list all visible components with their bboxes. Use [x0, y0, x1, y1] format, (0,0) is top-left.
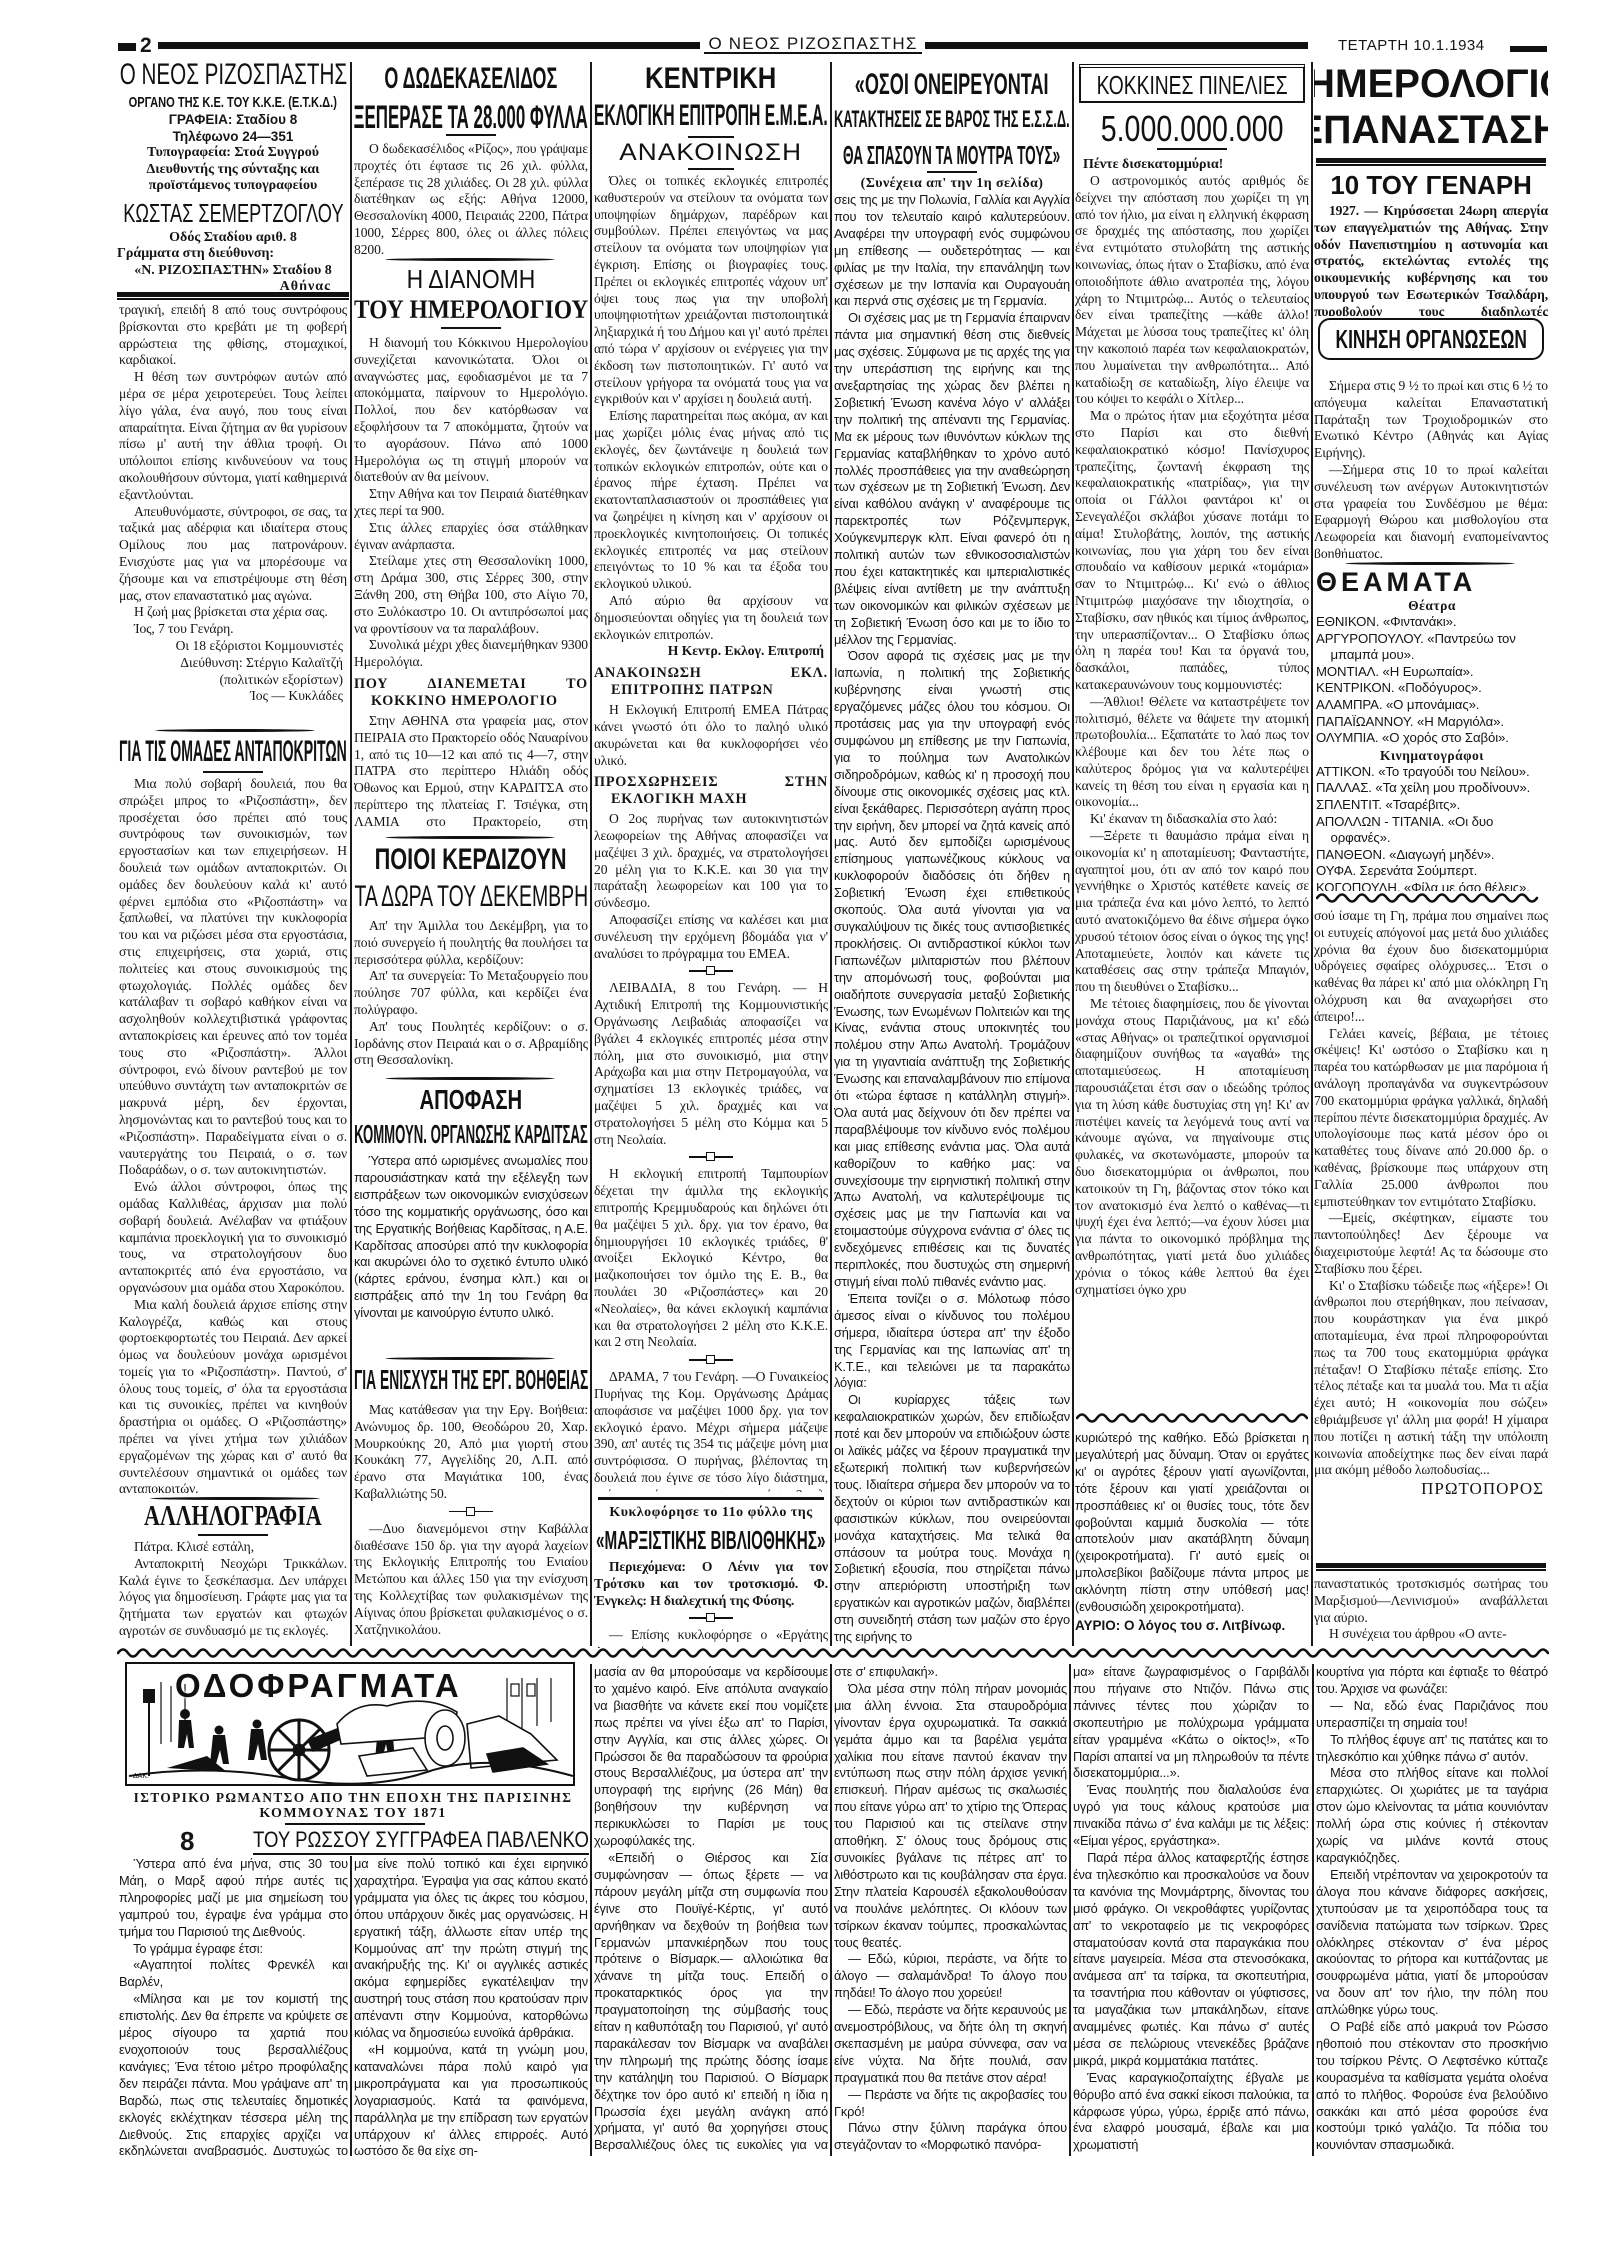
paragraph: Η θέση των συντρόφων αυτών από μέρα σε μ…: [119, 369, 347, 503]
section-wavy-separator: [117, 1646, 1549, 1660]
masthead-title: Ο ΝΕΟΣ ΡΙΖΟΣΠΑΣΤΗΣ: [119, 60, 346, 90]
paragraph: Ο Ραβέ είδε από μακρυά τον Ρώσσο ηθοποιό…: [1316, 2019, 1548, 2154]
article-body: μα» είτανε ζωγραφισμένος ο Γαριβάλδι που…: [1073, 1664, 1309, 2154]
masthead-phone: Τηλέφωνο 24—351: [117, 129, 349, 146]
masthead-director-label: Διευθυντής της σύνταξης και προϊστάμενος…: [117, 162, 349, 195]
signature-line: (πολιτικών εξορίστων): [119, 672, 347, 689]
article-body: παναστατικός τροτσκισμός σωτήρας του Μαρ…: [1314, 1576, 1548, 1643]
article-body: Μια πολύ σοβαρή δουλειά, που θα σπρώξει …: [119, 776, 347, 1493]
serial-illustration: ΔΑΚ. ΟΔΟΦΡΑΓΜΑΤΑ: [125, 1662, 575, 1786]
committee-headline-1: ΚΕΝΤΡΙΚΗ: [645, 64, 776, 94]
masthead-rule: [117, 292, 349, 298]
serial-column-4: στε σ' επιφυλακή».Όλα μέσα στην πόλη πήρ…: [834, 1664, 1067, 2156]
paragraph: Πάτρα. Κλισέ εστάλη,: [119, 1539, 347, 1556]
cinemas-label: Κινηματογράφοι: [1316, 747, 1548, 764]
separator-rule: [385, 258, 555, 261]
paragraph: στε σ' επιφυλακή».: [834, 1664, 1067, 1681]
to-be-continued: (Αύριο η συνέχεια): [1316, 2154, 1548, 2156]
cinema-listing: ΚΟΓΟΠΟΥΛΗ. «Φίλα με όσο θέλεις».: [1316, 880, 1548, 891]
signature-line: Οι 18 εξόριστοι Κομμουνιστές: [119, 638, 347, 655]
paragraph: κυριώτερό της καθήκο. Εδώ βρίσκεται η με…: [1075, 1430, 1309, 1616]
calendar-title-1: ΗΜΕΡΟΛΟΓΙΟ: [1314, 64, 1548, 104]
column-rule: [830, 62, 832, 1646]
calendar-title-row-1: ΤΟ ΗΜΕΡΟΛΟΓΙΟ: [1314, 64, 1548, 104]
paragraph: Σήμερα στις 9 ½ το πρωί και στις 6 ½ το …: [1314, 378, 1548, 462]
election-committee-column: ΚΕΝΤΡΙΚΗ ΕΚΛΟΓΙΚΗ ΕΠΙΤΡΟΠΗ Ε.Μ.Ε.Α. ΑΝΑΚ…: [594, 64, 828, 1492]
paragraph: Κι' ο Σταβίσκυ τώδειξε πως «ήξερε»! Οι ά…: [1314, 1278, 1548, 1480]
separator-rule: [598, 1497, 824, 1500]
column-rule: [1069, 1664, 1071, 2156]
paragraph: —Άθλιοι! Θέλετε να καταστρέψετε τον πολι…: [1075, 694, 1309, 812]
marxist-library-notice: Κυκλοφόρησε το 11ο φύλλο της «ΜΑΡΞΙΣΤΙΚΗ…: [594, 1504, 828, 1648]
library-headline: «ΜΑΡΞΙΣΤΙΚΗΣ ΒΙΒΛΙΟΘΗΚΗΣ»: [596, 1527, 825, 1553]
paragraph: Παρά πέρα άλλος καταφερτζής έστησε ένα τ…: [1073, 1850, 1309, 2070]
correspondents-article: ΓΙΑ ΤΙΣ ΟΜΑΔΕΣ ΑΝΤΑΠΟΚΡΙΤΩΝ Μια πολύ σοβ…: [119, 737, 347, 1493]
cinema-listing: ΑΤΤΙΚΟΝ. «Το τραγούδι του Νείλου».: [1316, 764, 1548, 781]
red-brushstrokes-continuation: σού ίσαμε τη Γη, πράμα που σημαίνει πως …: [1314, 908, 1548, 1560]
red-brushstrokes-box: ΚΟΚΚΙΝΕΣ ΠΙΝΕΛΙΕΣ: [1079, 64, 1305, 103]
calendar-headline-1: Η ΔΙΑΝΟΜΗ: [407, 266, 536, 292]
running-title: Ο ΝΕΟΣ ΡΙΖΟΣΠΑΣΤΗΣ: [704, 35, 922, 54]
paragraph: «Μίλησα και με τον κομιστή της επιστολής…: [119, 1991, 348, 2156]
masthead-letters-label: Γράμματα στη διεύθυνση:: [117, 246, 349, 263]
separator-rule: [1316, 1563, 1546, 1569]
column-rule: [350, 1856, 352, 2156]
cinema-listing: ΑΠΟΛΛΩΝ - ΤΙΤΑΝΙΑ. «Οι δυο ορφανές».: [1316, 814, 1548, 847]
paragraph: Μια πολύ σοβαρή δουλειά, που θα σπρώξει …: [119, 776, 347, 1179]
article-body: μα είνε πολύ τοπικό και έχει ειρηνικό χα…: [354, 1856, 588, 2156]
paragraph: μα είνε πολύ τοπικό και έχει ειρηνικό χα…: [354, 1856, 588, 2042]
paragraph: Ένας καραγκιοζοπαίχτης έβγαλε με θόρυβο …: [1073, 2070, 1309, 2155]
theatre-listing: ΠΑΠΑΪΩΑΝΝΟΥ. «Η Μαργιόλα».: [1316, 714, 1548, 731]
paragraph: — Να, εδώ ένας Παριζιάνος που υπερασπίζε…: [1316, 1698, 1548, 1732]
headline-underline: [688, 168, 734, 170]
theatre-listing: ΚΕΝΤΡΙΚΟΝ. «Ποδόγυρος».: [1316, 680, 1548, 697]
article-body: σεις της με την Πολωνία, Γαλλία και Αγγλ…: [834, 192, 1070, 1646]
molotov-headline-2: ΚΑΤΑΚΤΗΣΕΙΣ ΣΕ ΒΑΡΟΣ ΤΗΣ Ε.Σ.Σ.Δ.: [834, 108, 1070, 132]
theatre-listing: ΕΘΝΙΚΟΝ. «Φιντανάκι».: [1316, 614, 1548, 631]
paragraph: Απ' την Άμιλλα του Δεκέμβρη, για το ποιό…: [354, 918, 588, 968]
cinema-listing: ΠΑΝΘΕΟΝ. «Διαγωγή μηδέν».: [1316, 847, 1548, 864]
article-body: — Επίσης κυκλοφόρησε ο «Εργάτης Αυτοκινή…: [594, 1627, 828, 1648]
paragraph: «Αγαπητοί πολίτες Φρενκέλ και Βαρλέν,: [119, 1957, 348, 1991]
serial-author: ΤΟΥ ΡΩΣΣΟΥ ΣΥΓΓΡΑΦΕΑ ΠΑΒΛΕΝΚΟ: [253, 1829, 589, 1851]
paragraph: Στην Αθήνα και τον Πειραιά διατέθηκαν χτ…: [354, 486, 588, 520]
ornament-divider: [689, 966, 733, 976]
serial-subtitle-1: ΙΣΤΟΡΙΚΟ ΡΩΜΑΝΤΣΟ ΑΠΟ ΤΗΝ ΕΠΟΧΗ ΤΗΣ ΠΑΡΙ…: [117, 1789, 589, 1806]
paragraph: —Εμείς, σκέφτηκαν, είμαστε του παντοπούλ…: [1314, 1210, 1548, 1277]
column-rule: [1312, 1664, 1314, 2156]
paragraph: Μα ο πρώτος ήταν μια εξοχότητα μέσα στο …: [1075, 408, 1309, 694]
cinema-listing: ΟΥΦΑ. Σερενάτα Σούμπερτ.: [1316, 863, 1548, 880]
header-rule-right: [925, 42, 1308, 49]
article-body: Η διανομή του Κόκκινου Ημερολογίου συνεχ…: [354, 335, 588, 671]
paragraph: μα» είτανε ζωγραφισμένος ο Γαριβάλδι που…: [1073, 1664, 1309, 1782]
twelve-pager-headline-2: ΞΕΠΕΡΑΣΕ ΤΑ 28.000 ΦΥΛΛΑ: [354, 101, 588, 133]
paragraph: Ανταποκριτή Νεοχώρι Τρικκάλων. Καλά έγιν…: [119, 1556, 347, 1640]
paragraph: σεις της με την Πολωνία, Γαλλία και Αγγλ…: [834, 192, 1070, 310]
issue-date: ΤΕΤΑΡΤΗ 10.1.1934: [1338, 37, 1485, 54]
paragraph: Κι' έκαναν τη διδασκαλία στο λαό:: [1075, 811, 1309, 828]
headline-underline: [198, 1534, 268, 1536]
column-rule: [1311, 62, 1313, 1646]
article-body: τραγική, επειδή 8 από τους συντρόφους βρ…: [119, 302, 347, 638]
article-body: Ο δωδεκασέλιδος «Ρίζος», που γράψαμε προ…: [354, 141, 588, 254]
signature-line: Διεύθυνση: Στέργιο Καλαϊτζή: [119, 655, 347, 672]
paragraph: Η διανομή του Κόκκινου Ημερολογίου συνεχ…: [354, 335, 588, 486]
prizes-headline-1: ΠΟΙΟΙ ΚΕΡΔΙΖΟΥΝ: [375, 845, 567, 875]
article-body: σού ίσαμε τη Γη, πράμα που σημαίνει πως …: [1314, 908, 1548, 1479]
organizations-body: Σήμερα στις 9 ½ το πρωί και στις 6 ½ το …: [1314, 378, 1548, 558]
decision-headline-1: ΑΠΟΦΑΣΗ: [420, 1086, 523, 1114]
paragraph: Ο δωδεκασέλιδος «Ρίζος», που γράψαμε προ…: [354, 141, 588, 254]
paragraph: Η Εκλογική Επιτροπή ΕΜΕΑ Πάτρας κάνει γν…: [594, 702, 828, 769]
paragraph: Στείλαμε χτες στη Θεσσαλονίκη 1000, στη …: [354, 553, 588, 637]
paragraph: Ύστερα από ωρισμένες ανωμαλίες που παρου…: [354, 1153, 588, 1322]
author-underline: [253, 1853, 589, 1855]
installment-number: 8: [180, 1828, 194, 1854]
article-body: Στην ΑΘΗΝΑ στα γραφεία μας, στον ΠΕΙΡΑΙΑ…: [354, 713, 588, 830]
paragraph: Γελάει κανείς, βέβαια, με τέτοιες σκέψει…: [1314, 1026, 1548, 1211]
paragraph: Η ζωή μας βρίσκεται στα χέρια σας.: [119, 604, 347, 621]
theatre-listing: ΑΡΓΥΡΟΠΟΥΛΟΥ. «Παντρεύω τον μπαμπά μου».: [1316, 631, 1548, 664]
article-body: Πάτρα. Κλισέ εστάλη,Ανταποκριτή Νεοχώρι …: [119, 1539, 347, 1640]
paragraph: Στις άλλες επαρχίες όσα στάλθηκαν έγιναν…: [354, 520, 588, 554]
revolution-calendar: ΤΟ ΗΜΕΡΟΛΟΓΙΟ ΤΗΣ ΕΠΑΝΑΣΤΑΣΗΣ 10 ΤΟΥ ΓΕΝ…: [1314, 64, 1548, 316]
paragraph: Αποφασίζει επίσης να καλέσει και μια συν…: [594, 912, 828, 962]
paragraph: Μας κατάθεσαν για την Εργ. Βοήθεια: Ανών…: [354, 1402, 588, 1503]
paragraph: Η εκλογική επιτροπή Ταμπουρίων δέχεται τ…: [594, 1166, 828, 1351]
calendar-headline-2: ΤΟΥ ΗΜΕΡΟΛΟΓΙΟΥ: [354, 297, 588, 323]
wavy-separator: [1076, 1411, 1308, 1425]
article-author: ΠΡΩΤΟΠΟΡΟΣ: [1314, 1481, 1548, 1498]
paragraph: Περιεχόμενα: Ο Λένιν για τον Τρότσκυ και…: [594, 1559, 828, 1609]
paragraph: Ύστερα από ένα μήνα, στις 30 του Μάη, ο …: [119, 1856, 348, 1941]
karditsa-decision-article: ΑΠΟΦΑΣΗ ΚΟΜΜΟΥΝ. ΟΡΓΑΝΩΣΗΣ ΚΑΡΔΙΤΣΑΣ Ύστ…: [354, 1086, 588, 1352]
column-rule: [590, 1664, 592, 2156]
newspaper-page: 2 Ο ΝΕΟΣ ΡΙΖΟΣΠΑΣΤΗΣ ΤΕΤΑΡΤΗ 10.1.1934 Ο…: [0, 0, 1600, 2250]
ornament-divider: [689, 1355, 733, 1365]
wavy-separator: [1316, 891, 1546, 905]
theatre-listing: ΜΟΝΤΙΑΛ. «Η Ευρωπαία».: [1316, 664, 1548, 681]
paragraph: Απ' τους Πουλητές κερδίζουν: ο σ. Ιορδάν…: [354, 1019, 588, 1069]
illustration-title: ΟΔΟΦΡΑΓΜΑΤΑ: [175, 1668, 462, 1704]
paragraph: σού ίσαμε τη Γη, πράμα που σημαίνει πως …: [1314, 908, 1548, 1026]
masthead-director-name: ΚΩΣΤΑΣ ΣΕΜΕΡΤΖΟΓΛΟΥ: [123, 200, 343, 226]
paragraph: Επίσης παρατηρείται πως ακόμα, αν και μα…: [594, 408, 828, 593]
column-rule: [830, 1664, 832, 2156]
paragraph: 1927. — Κηρύσσεται 24ωρη απεργία των επα…: [1314, 203, 1548, 316]
paragraph: Απευθυνόμαστε, σύντροφοι, σε σας, τα ταξ…: [119, 504, 347, 605]
paragraph: Ενώ άλλοι σύντροφοι, όπως της ομάδας Καλ…: [119, 1179, 347, 1297]
article-body: Σήμερα στις 9 ½ το πρωί και στις 6 ½ το …: [1314, 378, 1548, 558]
paragraph: —Δυο διανεμόμενοι στην Καβάλλα διαθέσανε…: [354, 1521, 588, 1639]
prizes-headline-2: ΤΑ ΔΩΡΑ ΤΟΥ ΔΕΚΕΜΒΡΗ: [354, 882, 588, 912]
committee-headline-2: ΕΚΛΟΓΙΚΗ ΕΠΙΤΡΟΠΗ Ε.Μ.Ε.Α.: [594, 101, 828, 131]
paragraph: Οι σχέσεις μας με τη Γερμανία έπαιρναν π…: [834, 310, 1070, 648]
paragraph: Ο αστρονομικός αυτός αριθμός δε δείχνει …: [1075, 173, 1309, 408]
theatre-listing: ΟΛΥΜΠΙΑ. «Ο χορός στο Σαβόι».: [1316, 730, 1548, 747]
paragraph: Όλα μέσα στην πόλη πήραν μονομιάς μια άλ…: [834, 1681, 1067, 1952]
calendar-date-headline: 10 ΤΟΥ ΓΕΝΑΡΗ: [1330, 172, 1531, 198]
correspondents-headline: ΓΙΑ ΤΙΣ ΟΜΑΔΕΣ ΑΝΤΑΠΟΚΡΙΤΩΝ: [119, 737, 347, 767]
separator-rule: [385, 1077, 555, 1080]
separator-rule: [385, 1357, 555, 1360]
headline-underline: [203, 771, 263, 773]
column-rule: [590, 62, 592, 1646]
serial-column-5: μα» είτανε ζωγραφισμένος ο Γαριβάλδι που…: [1073, 1664, 1309, 2156]
paragraph: κουρτίνα για πόρτα και έφτιαξε το θέατρό…: [1316, 1664, 1548, 1698]
paragraph: Πάνω στην ξύλινη παράγκα όπου στεγάζοντα…: [834, 2120, 1067, 2154]
correspondence-article: ΑΛΛΗΛΟΓΡΑΦΙΑ Πάτρα. Κλισέ εστάλη,Ανταποκ…: [119, 1503, 347, 1648]
serial-column-6: κουρτίνα για πόρτα και έφτιαξε το θέατρό…: [1316, 1664, 1548, 2156]
signature: Οι 18 εξόριστοι ΚομμουνιστέςΔιεύθυνση: Σ…: [119, 638, 347, 705]
paragraph: ΔΡΑΜΑ, 7 του Γενάρη. —Ο Γυναικείος Πυρήν…: [594, 1369, 828, 1492]
article-body: Η Εκλογική Επιτροπή ΕΜΕΑ Πάτρας κάνει γν…: [594, 702, 828, 769]
molotov-headline-3: ΘΑ ΣΠΑΣΟΥΝ ΤΑ ΜΟΥΤΡΑ ΤΟΥΣ»: [843, 142, 1060, 168]
paragraph: Το γράμμα έγραφε έτσι:: [119, 1941, 348, 1958]
serial-subtitle-2: ΚΟΜΜΟΥΝΑΣ ΤΟΥ 1871: [117, 1805, 589, 1822]
paragraph: Μια καλή δουλειά άρχισε επίσης στην Καλο…: [119, 1297, 347, 1493]
organizations-frame: ΚΙΝΗΣΗ ΟΡΓΑΝΩΣΕΩΝ: [1318, 318, 1544, 360]
subtitle-underline: [285, 1823, 425, 1825]
masthead-letters-address: «Ν. ΡΙΖΟΣΠΑΣΤΗΝ» Σταδίου 8: [117, 263, 349, 280]
calendar-title-2: ΕΠΑΝΑΣΤΑΣΗΣ: [1314, 110, 1548, 150]
december-prizes-article: ΠΟΙΟΙ ΚΕΡΔΙΖΟΥΝ ΤΑ ΔΩΡΑ ΤΟΥ ΔΕΚΕΜΒΡΗ Απ'…: [354, 845, 588, 1073]
ornament-divider: [689, 1152, 733, 1162]
big-figure: 5.000.000.000: [1101, 111, 1284, 147]
paragraph: ΛΕΙΒΑΔΙΑ, 8 του Γενάρη. — Η Αχτιδική Επι…: [594, 980, 828, 1148]
article-body: κουρτίνα για πόρτα και έφτιαξε το θέατρό…: [1316, 1664, 1548, 2154]
page-marker: [118, 43, 136, 51]
headline-underline: [688, 136, 734, 138]
separator-rule: [1345, 562, 1515, 565]
calendar-distribution-article: Η ΔΙΑΝΟΜΗ ΤΟΥ ΗΜΕΡΟΛΟΓΙΟΥ Η διανομή του …: [354, 266, 588, 830]
patras-subheadline: ΑΝΑΚΟΙΝΩΣΗ ΕΚΛ. ΕΠΙΤΡΟΠΗΣ ΠΑΤΡΩΝ: [594, 665, 828, 699]
signature: Η Κεντρ. Εκλογ. Επιτροπή: [594, 643, 828, 660]
adhesions-subheadline: ΠΡΟΣΧΩΡΗΣΕΙΣ ΣΤΗΝ ΕΚΛΟΓΙΚΗ ΜΑΧΗ: [594, 774, 828, 808]
signature-line: Ίος — Κυκλάδες: [119, 688, 347, 705]
article-body: 1927. — Κηρύσσεται 24ωρη απεργία των επα…: [1314, 203, 1548, 316]
separator-rule: [385, 836, 555, 839]
cinemas-list: ΑΤΤΙΚΟΝ. «Το τραγούδι του Νείλου».ΠΑΛΛΑΣ…: [1316, 764, 1548, 891]
paragraph: Ένας πουλητής που διαλαλούσε ένα υγρό γι…: [1073, 1782, 1309, 1850]
paragraph: Με τέτοιες διαφημίσεις, που δε γίνονται …: [1075, 996, 1309, 1298]
lead-line: Πέντε δισεκατομμύρια!: [1075, 156, 1309, 173]
article-body: —Δυο διανεμόμενοι στην Καβάλλα διαθέσανε…: [354, 1521, 588, 1639]
red-brushstrokes-title: ΚΟΚΚΙΝΕΣ ΠΙΝΕΛΙΕΣ: [1096, 72, 1287, 98]
header-rule-left: [158, 42, 700, 49]
paragraph: «Επειδή ο Θιέρσος και Σία συμφώνησαν — ό…: [594, 1850, 828, 2156]
paragraph: «Η κομμούνα, κατά τη γνώμη μου, καταναλώ…: [354, 2042, 588, 2156]
masthead-organ: ΟΡΓΑΝΟ ΤΗΣ Κ.Ε. ΤΟΥ Κ.Κ.Ε. (Ε.Τ.Κ.Δ.): [129, 95, 337, 110]
continued-from: (Συνέχεια απ' την 1η σελίδα): [834, 175, 1070, 192]
article-body: Απ' την Άμιλλα του Δεκέμβρη, για το ποιό…: [354, 918, 588, 1069]
paragraph: Ο 2ος πυρήνας των αυτοκινητιστών λεωφορε…: [594, 811, 828, 912]
paragraph: Έπειτα τονίζει ο σ. Μόλοτωφ πόσο άμεσος …: [834, 1291, 1070, 1392]
serial-column-1: Ύστερα από ένα μήνα, στις 30 του Μάη, ο …: [119, 1856, 348, 2156]
red-brushstrokes-article: ΚΟΚΚΙΝΕΣ ΠΙΝΕΛΙΕΣ 5.000.000.000 Πέντε δι…: [1075, 64, 1309, 1410]
article-body: Ο αστρονομικός αυτός αριθμός δε δείχνει …: [1075, 173, 1309, 1298]
twelve-pager-headline-1: Ο ΔΩΔΕΚΑΣΕΛΙΔΟΣ: [385, 64, 558, 94]
shows-listing: ΘΕΑΜΑΤΑ Θέατρα ΕΘΝΙΚΟΝ. «Φιντανάκι».ΑΡΓΥ…: [1316, 567, 1548, 891]
masthead: Ο ΝΕΟΣ ΡΙΖΟΣΠΑΣΤΗΣ ΟΡΓΑΝΟ ΤΗΣ Κ.Ε. ΤΟΥ Κ…: [117, 60, 349, 290]
paragraph: —Σήμερα στις 10 το πρωί καλείται συνέλευ…: [1314, 462, 1548, 558]
headline-underline: [441, 327, 501, 329]
twelve-pager-article: Ο ΔΩΔΕΚΑΣΕΛΙΔΟΣ ΞΕΠΕΡΑΣΕ ΤΑ 28.000 ΦΥΛΛΑ…: [354, 64, 588, 254]
article-body: Περιεχόμενα: Ο Λένιν για τον Τρότσκυ και…: [594, 1559, 828, 1609]
article-body: κυριώτερό της καθήκο. Εδώ βρίσκεται η με…: [1075, 1430, 1309, 1616]
calendar-title-row-2: ΤΗΣ ΕΠΑΝΑΣΤΑΣΗΣ: [1314, 110, 1548, 150]
header-rule-end: [1510, 46, 1547, 52]
shows-headline: ΘΕΑΜΑΤΑ: [1316, 567, 1548, 597]
library-intro: Κυκλοφόρησε το 11ο φύλλο της: [594, 1504, 828, 1521]
organizations-title: ΚΙΝΗΣΗ ΟΡΓΑΝΩΣΕΩΝ: [1335, 326, 1526, 352]
article-body: Μας κατάθεσαν για την Εργ. Βοήθεια: Ανών…: [354, 1402, 588, 1503]
calendar-rule: [1316, 158, 1546, 164]
tomorrow-note: ΑΥΡΙΟ: Ο λόγος του σ. Λιτβίνωφ.: [1075, 1617, 1309, 1634]
paragraph: Στην ΑΘΗΝΑ στα γραφεία μας, στον ΠΕΙΡΑΙΑ…: [354, 713, 588, 830]
decision-headline-2: ΚΟΜΜΟΥΝ. ΟΡΓΑΝΩΣΗΣ ΚΑΡΔΙΤΣΑΣ: [354, 1121, 588, 1147]
paragraph: — Επίσης κυκλοφόρησε ο «Εργάτης Αυτοκινή…: [594, 1627, 828, 1648]
workers-aid-article: ΓΙΑ ΕΝΙΣΧΥΣΗ ΤΗΣ ΕΡΓ. ΒΟΗΘΕΙΑΣ Μας κατάθ…: [354, 1366, 588, 1648]
article-body: ΛΕΙΒΑΔΙΑ, 8 του Γενάρη. — Η Αχτιδική Επι…: [594, 980, 828, 1148]
molotov-headline-1: «ΟΣΟΙ ΟΝΕΙΡΕΥΟΝΤΑΙ: [855, 70, 1049, 100]
paragraph: Η συνέχεια του άρθρου «Ο αντε-: [1314, 1626, 1548, 1643]
masthead-city: Αθήνας: [117, 279, 349, 290]
separator-rule: [155, 729, 315, 732]
cinema-listing: ΣΠΛΕΝΤΙΤ. «Τσαρέβιτς».: [1316, 797, 1548, 814]
paragraph: Το πλήθος έφυγε απ' τις πατάτες και το τ…: [1316, 1732, 1548, 1766]
paragraph: — Εδώ, κύριοι, περάστε, να δήτε το άλογο…: [834, 1951, 1067, 2002]
paragraph: — Εδώ, περάστε να δήτε κεραυνούς με ανεμ…: [834, 2002, 1067, 2087]
serial-column-3: μασία αν θα μπορούσαμε να κερδίσουμε το …: [594, 1664, 828, 2156]
column-rule: [1072, 62, 1074, 1646]
serial-author-heading: ΤΟΥ ΡΩΣΣΟΥ ΣΥΓΓΡΑΦΕΑ ΠΑΒΛΕΝΚΟ: [253, 1829, 589, 1853]
announcement-heading: ΑΝΑΚΟΙΝΩΣΗ: [620, 141, 803, 165]
paragraph: Όσον αφορά τις σχέσεις μας με την Ιαπωνί…: [834, 648, 1070, 1290]
ornament-divider: [689, 1613, 733, 1623]
paragraph: — Περάστε να δήτε τις ακροβασίες του Γκρ…: [834, 2087, 1067, 2121]
paragraph: —Ξέρετε τι θαυμάσιο πράμα είναι η οικονο…: [1075, 828, 1309, 996]
paragraph: Μέσα στο πλήθος είτανε και πολλοί επαρχι…: [1316, 1765, 1548, 1866]
organizations-box: ΚΙΝΗΣΗ ΟΡΓΑΝΩΣΕΩΝ: [1318, 318, 1544, 372]
paragraph: Απ' τα συνεργεία: Το Μεταξουργείο που πο…: [354, 968, 588, 1018]
masthead-offices: ΓΡΑΦΕΙΑ: Σταδίου 8: [117, 112, 349, 129]
paragraph: παναστατικός τροτσκισμός σωτήρας του Μαρ…: [1314, 1576, 1548, 1626]
molotov-speech-article: «ΟΣΟΙ ΟΝΕΙΡΕΥΟΝΤΑΙ ΚΑΤΑΚΤΗΣΕΙΣ ΣΕ ΒΑΡΟΣ …: [834, 64, 1070, 1648]
exiles-letter: τραγική, επειδή 8 από τους συντρόφους βρ…: [119, 302, 347, 726]
correspondence-headline: ΑΛΛΗΛΟΓΡΑΦΙΑ: [144, 1503, 322, 1531]
column-rule: [350, 62, 352, 1646]
paragraph: Από αύριο θα αρχίσουν να δημοσιεύονται ο…: [594, 593, 828, 643]
article-body: μασία αν θα μπορούσαμε να κερδίσουμε το …: [594, 1664, 828, 2156]
separator-rule: [150, 1497, 320, 1500]
article-body: Όλες οι τοπικές εκλογικές επιτροπές καθυ…: [594, 173, 828, 643]
paragraph: Οι κυρίαρχες τάξεις των κεφαλαιοκρατικών…: [834, 1392, 1070, 1646]
article-body: Η εκλογική επιτροπή Ταμπουρίων δέχεται τ…: [594, 1166, 828, 1351]
workers-aid-headline: ΓΙΑ ΕΝΙΣΧΥΣΗ ΤΗΣ ΕΡΓ. ΒΟΗΘΕΙΑΣ: [354, 1366, 588, 1394]
serial-column-2: μα είνε πολύ τοπικό και έχει ειρηνικό χα…: [354, 1856, 588, 2156]
masthead-printing: Τυπογραφεία: Στοά Συγγρού: [117, 145, 349, 162]
masthead-address: Οδός Σταδίου αριθ. 8: [117, 230, 349, 247]
theatres-list: ΕΘΝΙΚΟΝ. «Φιντανάκι».ΑΡΓΥΡΟΠΟΥΛΟΥ. «Παντ…: [1316, 614, 1548, 747]
paragraph: Όλες οι τοπικές εκλογικές επιτροπές καθυ…: [594, 173, 828, 408]
article-body: Ο 2ος πυρήνας των αυτοκινητιστών λεωφορε…: [594, 811, 828, 962]
article-body: στε σ' επιφυλακή».Όλα μέσα στην πόλη πήρ…: [834, 1664, 1067, 2154]
paragraph: Επειδή ντρέπονταν να χειροκροτούν τα άλο…: [1316, 1867, 1548, 2019]
paragraph: Ίος, 7 του Γενάρη.: [119, 621, 347, 638]
article-body: ΔΡΑΜΑ, 7 του Γενάρη. —Ο Γυναικείος Πυρήν…: [594, 1369, 828, 1492]
theatre-listing: ΑΛΑΜΠΡΑ. «Ο μπονάμιας».: [1316, 697, 1548, 714]
paragraph: Συνολικά μέχρι χθες διανεμήθηκαν 9300 Ημ…: [354, 637, 588, 671]
article-body: Ύστερα από ένα μήνα, στις 30 του Μάη, ο …: [119, 1856, 348, 2156]
illustration-signature: ΔΑΚ.: [133, 1773, 149, 1780]
article-body: Ύστερα από ωρισμένες ανωμαλίες που παρου…: [354, 1153, 588, 1322]
postponed-notice: παναστατικός τροτσκισμός σωτήρας του Μαρ…: [1314, 1576, 1548, 1648]
ornament-divider: [449, 1507, 493, 1517]
headline-underline: [927, 171, 977, 173]
page-number: 2: [140, 34, 152, 58]
paragraph: μασία αν θα μπορούσαμε να κερδίσουμε το …: [594, 1664, 828, 1850]
molotov-continuation: κυριώτερό της καθήκο. Εδώ βρίσκεται η με…: [1075, 1430, 1309, 1648]
cinema-listing: ΠΑΛΛΑΣ. «Τα χείλη μου προδίνουν».: [1316, 780, 1548, 797]
calendar-subheadline: ΠΟΥ ΔΙΑΝΕΜΕΤΑΙ ΤΟ ΚΟΚΚΙΝΟ ΗΜΕΡΟΛΟΓΙΟ: [354, 676, 588, 710]
theatres-label: Θέατρα: [1316, 597, 1548, 614]
paragraph: τραγική, επειδή 8 από τους συντρόφους βρ…: [119, 302, 347, 369]
